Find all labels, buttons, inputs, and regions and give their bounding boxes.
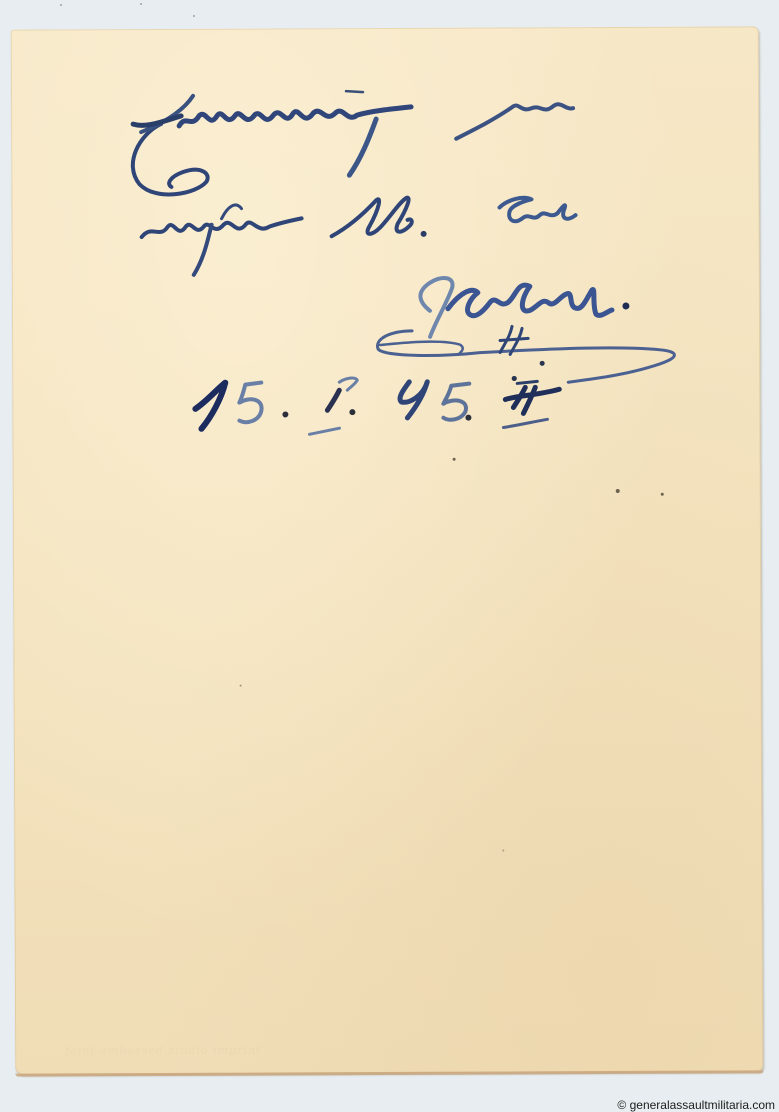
photo-card-back: Erinnerung an unseren Ob. Ltn. Herbert.: [11, 26, 764, 1074]
copyright-watermark: © generalassaultmilitaria.com: [617, 1098, 775, 1112]
date-ink: [187, 357, 567, 439]
studio-imprint: faint embossed studio imprint: [65, 1044, 261, 1058]
card-edge: [15, 1070, 763, 1076]
